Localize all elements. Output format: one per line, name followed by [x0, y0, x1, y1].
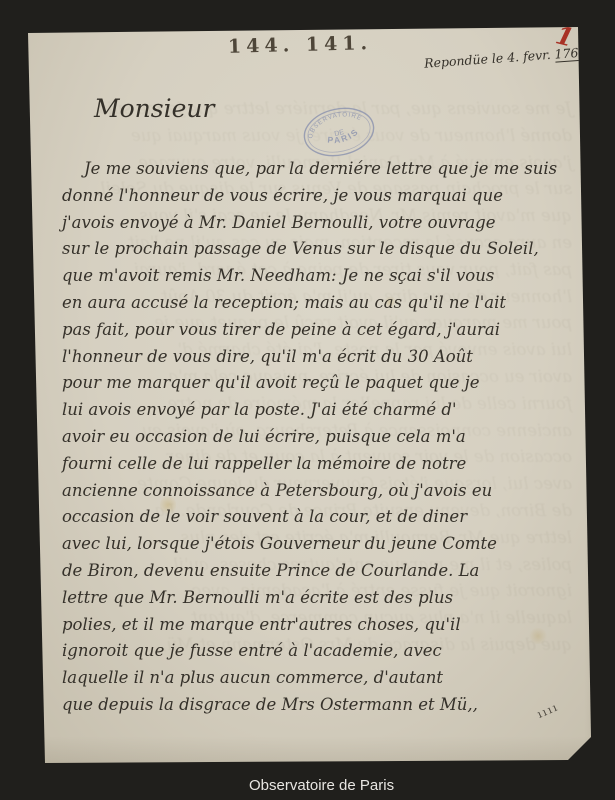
letter-line: pour me marquer qu'il avoit reçû le paqu… [62, 370, 570, 397]
letter-line: Je me souviens que, par la derniére lett… [62, 156, 570, 183]
letter-line: l'honneur de vous dire, qu'il m'a écrit … [62, 344, 570, 371]
scan-photo-frame: Je me souviens que, par la derniére lett… [0, 0, 615, 800]
letter-line: donné l'honneur de vous écrire, je vous … [62, 183, 570, 210]
letter-page: Je me souviens que, par la derniére lett… [0, 0, 615, 775]
letter-line: que m'avoit remis Mr. Needham: Je ne sça… [62, 263, 570, 290]
letter-line: sur le prochain passage de Venus sur le … [62, 236, 570, 263]
letter-line: avec lui, lorsque j'étois Gouverneur du … [62, 531, 570, 558]
letter-line: lui avois envoyé par la poste. J'ai été … [62, 397, 570, 424]
letter-line: en aura accusé la reception; mais au cas… [62, 290, 570, 317]
letter-line: pas fait, pour vous tirer de peine à cet… [62, 317, 570, 344]
letter-line: fourni celle de lui rappeller la mémoire… [62, 451, 570, 478]
letter-line: polies, et il me marque entr'autres chos… [62, 612, 570, 639]
letter-line: avoir eu occasion de lui écrire, puisque… [62, 424, 570, 451]
letter-line: laquelle il n'a plus aucun commerce, d'a… [62, 665, 570, 692]
letter-line: ignoroit que je fusse entré à l'academie… [62, 638, 570, 665]
archive-page-numbers: 144. 141. [228, 32, 373, 58]
letter-body: Je me souviens que, par la derniére lett… [62, 156, 570, 719]
salutation: Monsieur [94, 94, 214, 123]
archive-caption: Observatoire de Paris [249, 777, 394, 794]
letter-line: lettre que Mr. Bernoulli m'a écrite est … [62, 585, 570, 612]
letter-line: occasion de le voir souvent à la cour, e… [62, 504, 570, 531]
letter-line: j'avois envoyé à Mr. Daniel Bernoulli, v… [62, 210, 570, 237]
letter-line: que depuis la disgrace de Mrs Ostermann … [62, 692, 570, 719]
letter-line: de Biron, devenu ensuite Prince de Courl… [62, 558, 570, 585]
letter-line: ancienne connoissance à Petersbourg, où … [62, 478, 570, 505]
